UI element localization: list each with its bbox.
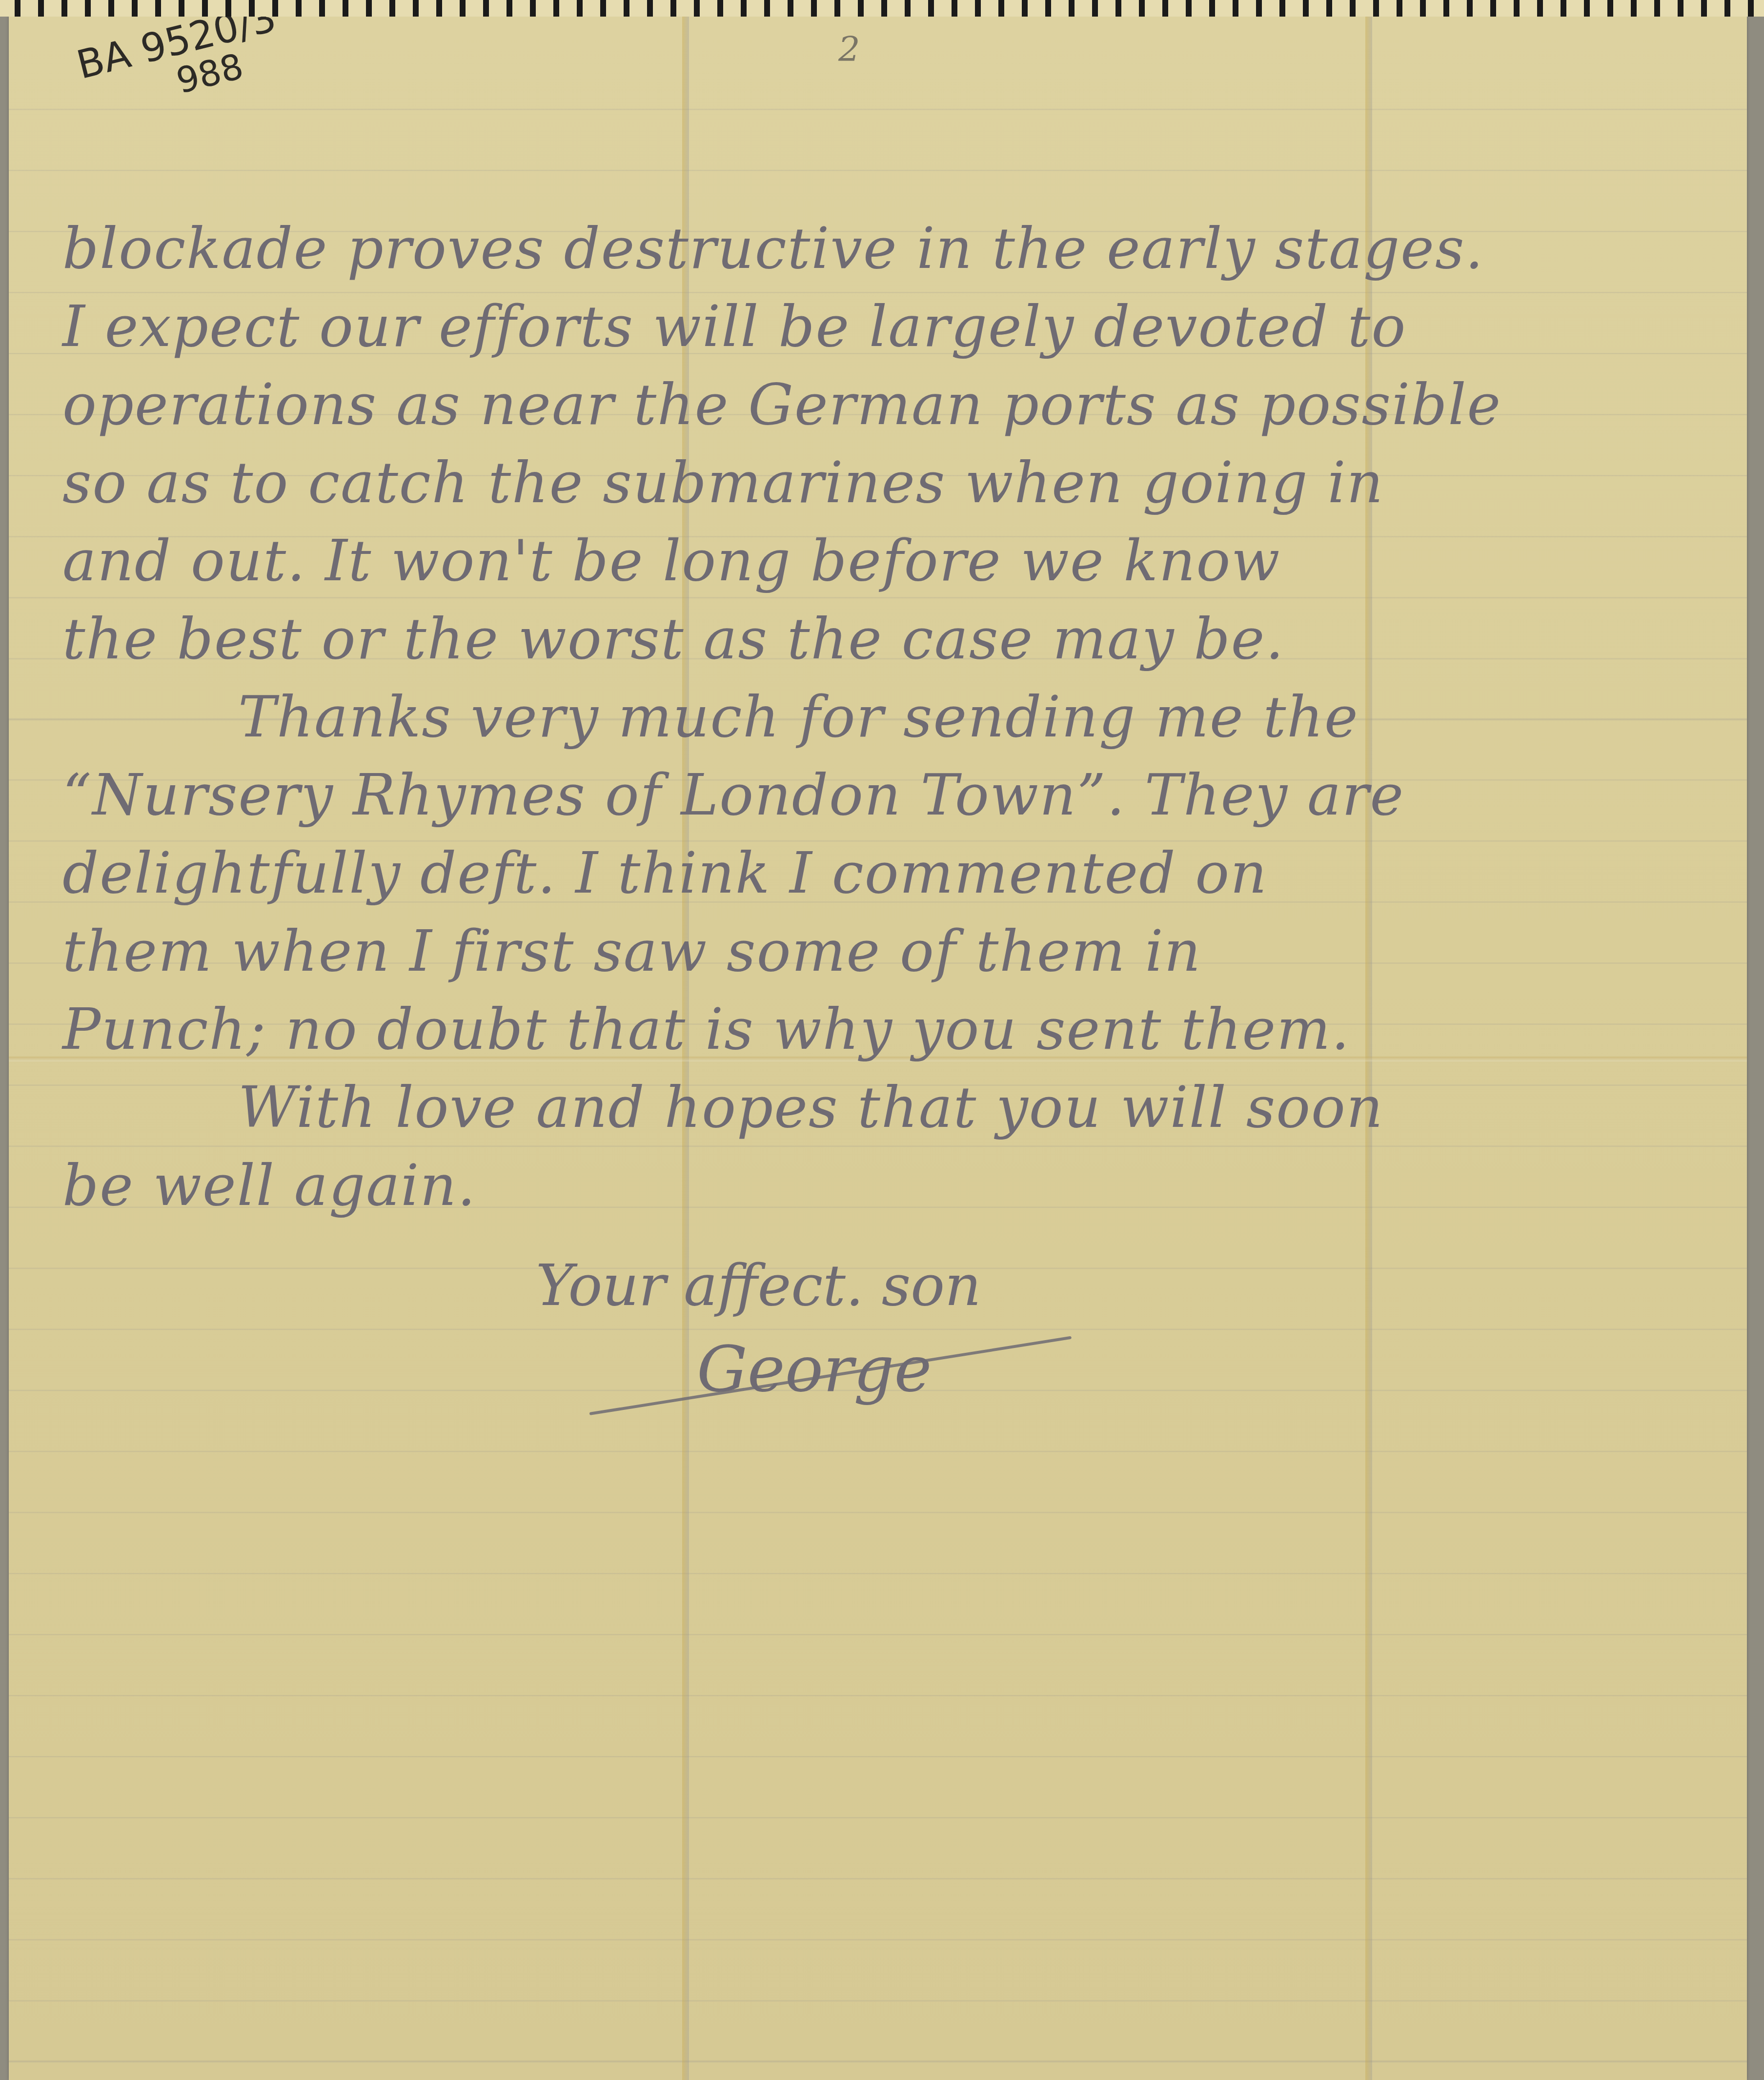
letter-line: them when I first saw some of them in xyxy=(62,913,1712,991)
page-number: 2 xyxy=(838,29,860,69)
letter-closing: Your affect. son George xyxy=(536,1244,981,1413)
letter-line: the best or the worst as the case may be… xyxy=(62,600,1712,678)
letter-line: “Nursery Rhymes of London Town”. They ar… xyxy=(62,756,1712,835)
letter-body: blockade proves destructive in the early… xyxy=(62,210,1712,1225)
letter-line: blockade proves destructive in the early… xyxy=(62,210,1712,288)
paragraph-1: blockade proves destructive in the early… xyxy=(62,210,1712,678)
letter-line: delightfully deft. I think I commented o… xyxy=(62,835,1712,913)
letter-line: Punch; no doubt that is why you sent the… xyxy=(62,991,1712,1069)
letter-sheet: BA 9520/3 988 2 blockade proves destruct… xyxy=(9,15,1747,2080)
signature: George xyxy=(697,1327,932,1410)
signature-name: George xyxy=(697,1332,932,1406)
letter-line: With love and hopes that you will soon xyxy=(62,1069,1712,1147)
letter-line: be well again. xyxy=(62,1147,1712,1225)
letter-line: I expect our efforts will be largely dev… xyxy=(62,288,1712,366)
letter-line: operations as near the German ports as p… xyxy=(62,366,1712,444)
paragraph-3: With love and hopes that you will soon b… xyxy=(62,1069,1712,1225)
letter-line: Thanks very much for sending me the xyxy=(62,678,1712,756)
letter-line: and out. It won't be long before we know xyxy=(62,522,1712,600)
paragraph-2: Thanks very much for sending me the “Nur… xyxy=(62,678,1712,1069)
scale-ruler xyxy=(0,0,1764,17)
closing-salutation: Your affect. son xyxy=(536,1244,981,1327)
letter-line: so as to catch the submarines when going… xyxy=(62,444,1712,522)
